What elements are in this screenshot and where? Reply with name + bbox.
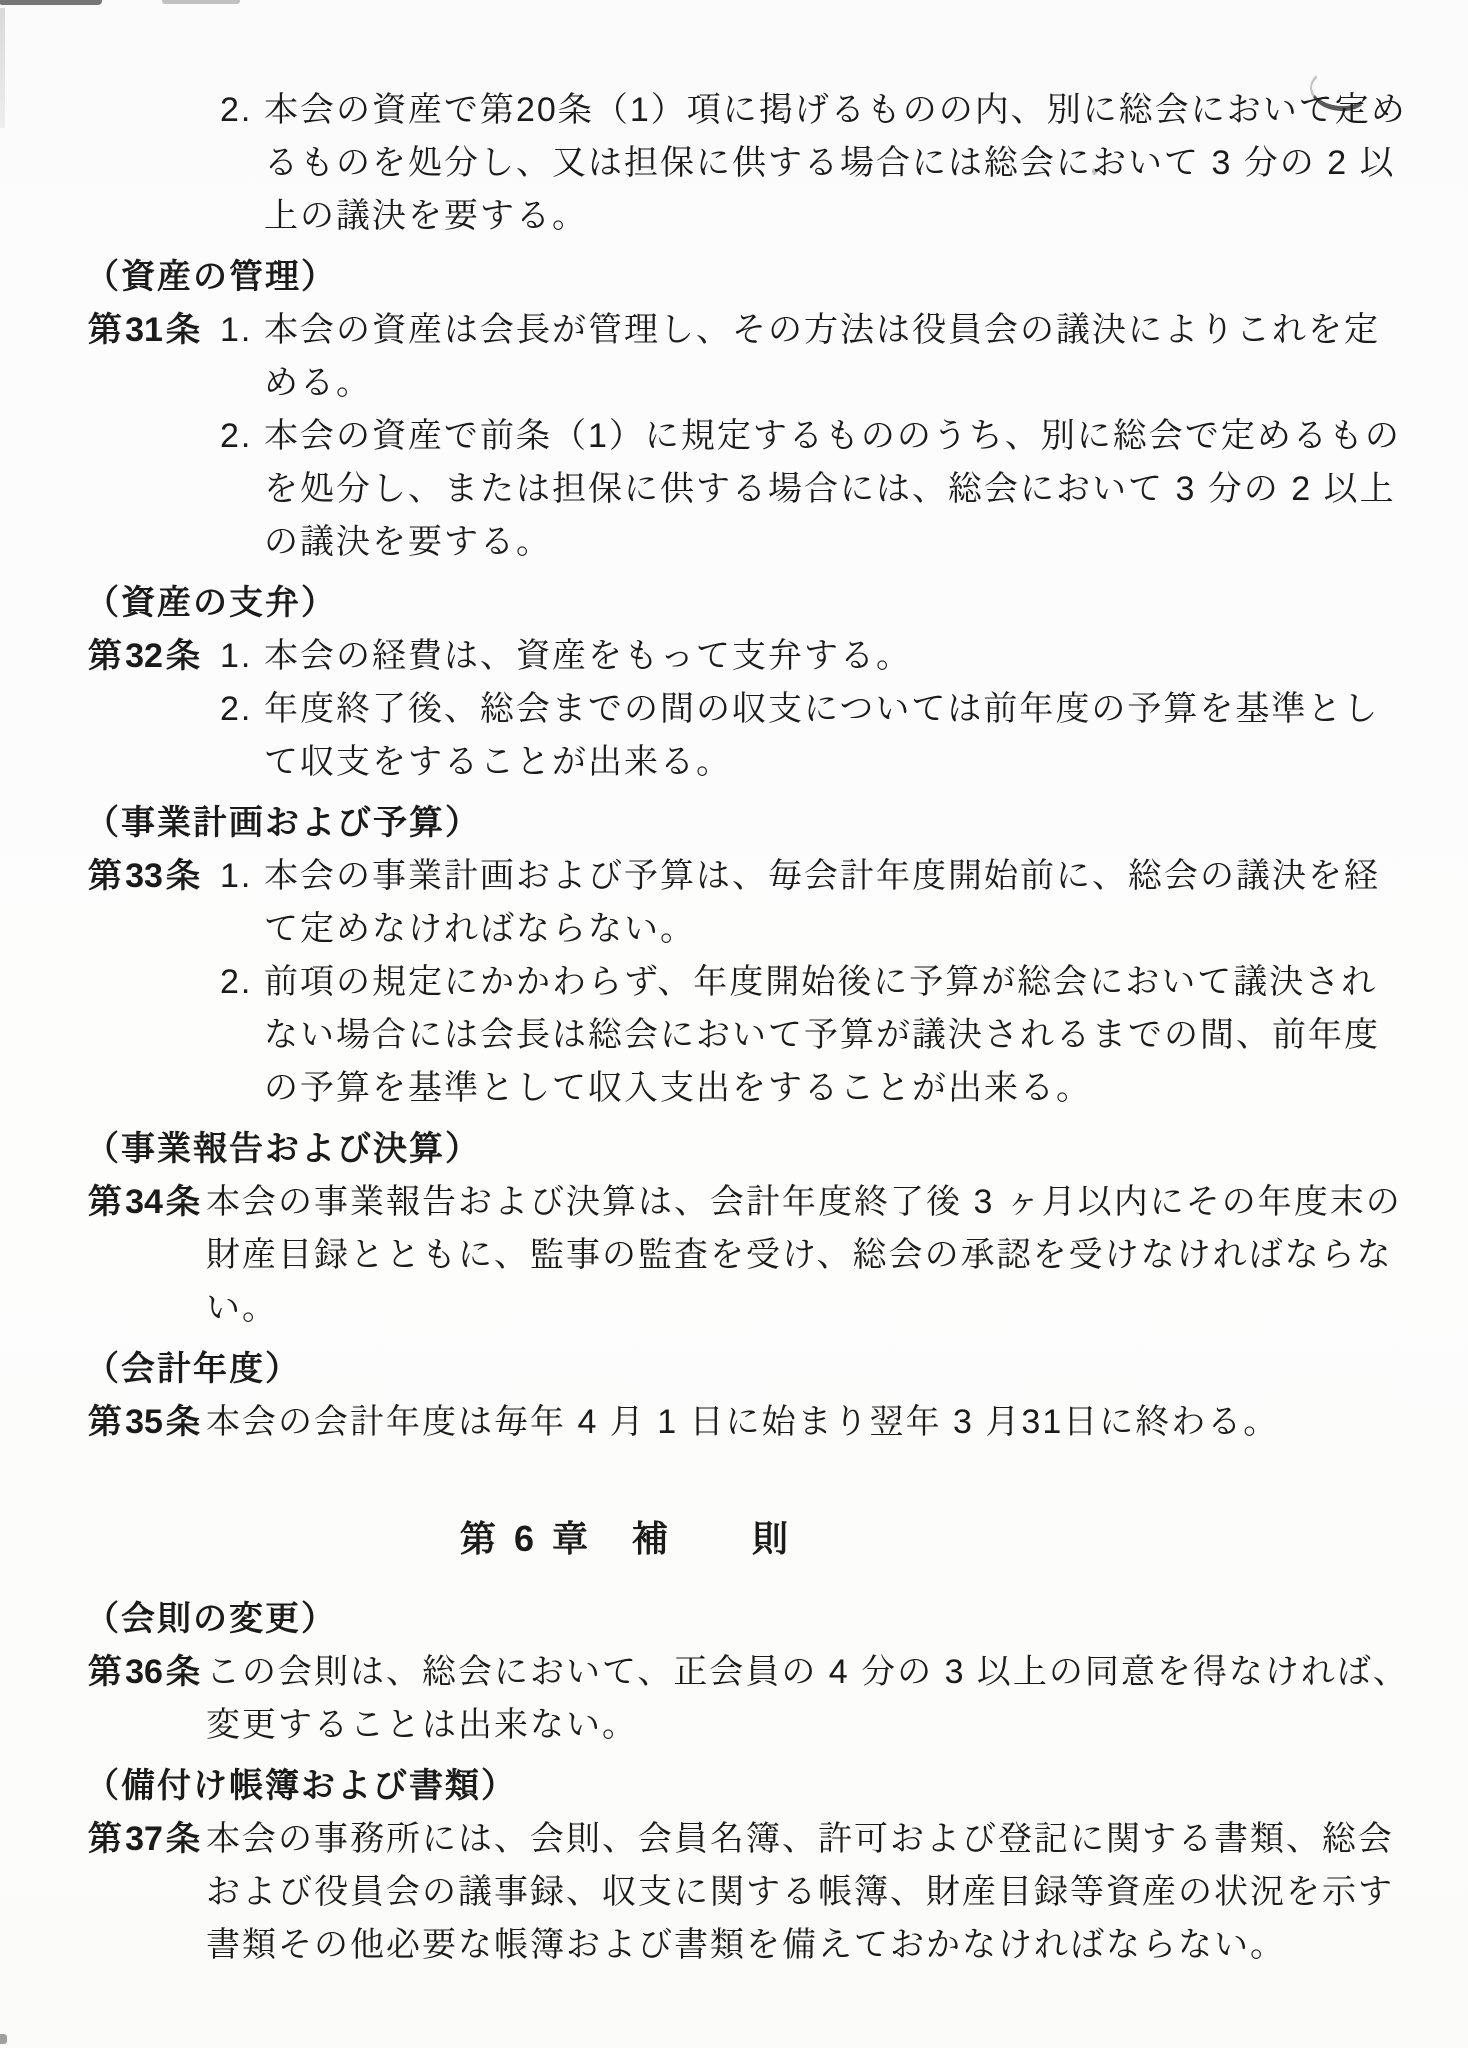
article-number-label: 第 32 条 xyxy=(88,630,200,683)
text-line: 本会の事務所には、会則、会員名簿、許可および登記に関する書類、総会 xyxy=(206,1813,1468,1866)
text-line: 本会の事業報告および決算は、会計年度終了後 3 ヶ月以内にその年度末の xyxy=(206,1176,1468,1229)
clause-item: 2. 年度終了後、総会までの間の収支については前年度の予算を基準とし て収支をす… xyxy=(220,683,1468,789)
section-heading-fiscal-year: （会計年度） xyxy=(85,1343,1468,1396)
text-line: 本会の資産は会長が管理し、その方法は役員会の議決によりこれを定 xyxy=(264,304,1380,357)
section-heading-business-report-settlement: （事業報告および決算） xyxy=(85,1123,1468,1176)
clause-item: 2. 本会の資産で第20条（1）項に掲げるものの内、別に総会において定め るもの… xyxy=(220,84,1468,243)
article-prefix: 第 xyxy=(88,1176,122,1229)
article-number-label: 第 34 条 xyxy=(88,1176,200,1229)
section-heading-required-books: （備付け帳簿および書類） xyxy=(85,1760,1468,1813)
article-35: 第 35 条 本会の会計年度は毎年 4 月 1 日に始まり翌年 3 月31日に終… xyxy=(0,1396,1468,1449)
scanned-document-page: 2. 本会の資産で第20条（1）項に掲げるものの内、別に総会において定め るもの… xyxy=(0,0,1468,2048)
section-heading-business-plan-budget: （事業計画および予算） xyxy=(85,797,1468,850)
article-number: 31 xyxy=(125,304,163,357)
text-line: める。 xyxy=(220,357,1468,410)
article-number-label: 第 31 条 xyxy=(88,304,200,357)
article-suffix: 条 xyxy=(166,630,200,683)
article-suffix: 条 xyxy=(166,1176,200,1229)
text-line: 財産目録とともに、監事の監査を受け、総会の承認を受けなければならな xyxy=(206,1229,1468,1282)
text-line: ない場合には会長は総会において予算が議決されるまでの間、前年度 xyxy=(220,1009,1468,1062)
section-heading-amendment: （会則の変更） xyxy=(85,1593,1468,1646)
article-33: 第 33 条 1. 本会の事業計画および予算は、毎会計年度開始前に、総会の議決を… xyxy=(0,850,1468,1115)
item-number: 1. xyxy=(220,630,264,683)
article-prefix: 第 xyxy=(88,1396,122,1449)
text-line: て収支をすることが出来る。 xyxy=(220,736,1468,789)
clause-item: 1. 本会の事業計画および予算は、毎会計年度開始前に、総会の議決を経 て定めなけ… xyxy=(220,850,1468,956)
article-number: 37 xyxy=(125,1813,163,1866)
article-prefix: 第 xyxy=(88,850,122,903)
text-line: の予算を基準として収入支出をすることが出来る。 xyxy=(220,1062,1468,1115)
document-body: 2. 本会の資産で第20条（1）項に掲げるものの内、別に総会において定め るもの… xyxy=(0,0,1468,1972)
text-line: 本会の経費は、資産をもって支弁する。 xyxy=(264,630,912,683)
item-number: 2. xyxy=(220,683,264,736)
scan-artifact-bottom-left-mark xyxy=(0,2034,7,2044)
article-suffix: 条 xyxy=(166,850,200,903)
clause-item: 2. 前項の規定にかかわらず、年度開始後に予算が総会において議決され ない場合に… xyxy=(220,956,1468,1115)
text-line: い。 xyxy=(206,1282,1468,1335)
text-line: 本会の事業計画および予算は、毎会計年度開始前に、総会の議決を経 xyxy=(264,850,1380,903)
article-continuation-item: 2. 本会の資産で第20条（1）項に掲げるものの内、別に総会において定め るもの… xyxy=(0,84,1468,243)
article-number: 32 xyxy=(125,630,163,683)
article-37: 第 37 条 本会の事務所には、会則、会員名簿、許可および登記に関する書類、総会… xyxy=(0,1813,1468,1972)
article-suffix: 条 xyxy=(166,304,200,357)
text-line: 年度終了後、総会までの間の収支については前年度の予算を基準とし xyxy=(264,683,1379,736)
article-prefix: 第 xyxy=(88,304,122,357)
item-number: 2. xyxy=(220,956,264,1009)
item-number: 1. xyxy=(220,304,264,357)
item-number: 2. xyxy=(220,410,264,463)
clause-item: 1. 本会の資産は会長が管理し、その方法は役員会の議決によりこれを定 める。 xyxy=(220,304,1468,410)
text-line: 本会の会計年度は毎年 4 月 1 日に始まり翌年 3 月31日に終わる。 xyxy=(206,1396,1468,1449)
text-line: および役員会の議事録、収支に関する帳簿、財産目録等資産の状況を示す xyxy=(206,1866,1468,1919)
text-line: 本会の資産で第20条（1）項に掲げるものの内、別に総会において定め xyxy=(264,84,1407,137)
article-number-label: 第 35 条 xyxy=(88,1396,200,1449)
article-36: 第 36 条 この会則は、総会において、正会員の 4 分の 3 以上の同意を得な… xyxy=(0,1646,1468,1752)
article-32: 第 32 条 1. 本会の経費は、資産をもって支弁する。 2. 年度終了後、総会… xyxy=(0,630,1468,789)
text-line: て定めなければならない。 xyxy=(220,903,1468,956)
article-prefix: 第 xyxy=(88,1813,122,1866)
text-line: を処分し、または担保に供する場合には、総会において 3 分の 2 以上 xyxy=(220,463,1468,516)
text-line: 変更することは出来ない。 xyxy=(206,1699,1468,1752)
text-line: 上の議決を要する。 xyxy=(220,190,1468,243)
article-number-label: 第 37 条 xyxy=(88,1813,200,1866)
section-heading-expenses: （資産の支弁） xyxy=(85,577,1468,630)
clause-item: 2. 本会の資産で前条（1）に規定するもののうち、別に総会で定めるもの を処分し… xyxy=(220,410,1468,569)
section-heading-asset-management: （資産の管理） xyxy=(85,251,1468,304)
article-suffix: 条 xyxy=(166,1396,200,1449)
article-number: 34 xyxy=(125,1176,163,1229)
article-34: 第 34 条 本会の事業報告および決算は、会計年度終了後 3 ヶ月以内にその年度… xyxy=(0,1176,1468,1335)
article-suffix: 条 xyxy=(166,1646,200,1699)
text-line: この会則は、総会において、正会員の 4 分の 3 以上の同意を得なければ、 xyxy=(206,1646,1468,1699)
text-line: 前項の規定にかかわらず、年度開始後に予算が総会において議決され xyxy=(264,956,1377,1009)
text-line: るものを処分し、又は担保に供する場合には総会において 3 分の 2 以 xyxy=(220,137,1468,190)
article-number: 35 xyxy=(125,1396,163,1449)
article-number: 36 xyxy=(125,1646,163,1699)
article-suffix: 条 xyxy=(166,1813,200,1866)
article-number: 33 xyxy=(125,850,163,903)
text-line: 書類その他必要な帳簿および書類を備えておかなければならない。 xyxy=(206,1919,1468,1972)
article-31: 第 31 条 1. 本会の資産は会長が管理し、その方法は役員会の議決によりこれを… xyxy=(0,304,1468,569)
text-line: 本会の資産で前条（1）に規定するもののうち、別に総会で定めるもの xyxy=(264,410,1401,463)
article-prefix: 第 xyxy=(88,1646,122,1699)
article-number-label: 第 36 条 xyxy=(88,1646,200,1699)
text-line: の議決を要する。 xyxy=(220,516,1468,569)
item-number: 1. xyxy=(220,850,264,903)
clause-item: 1. 本会の経費は、資産をもって支弁する。 xyxy=(220,630,1468,683)
item-number: 2. xyxy=(220,84,264,137)
article-prefix: 第 xyxy=(88,630,122,683)
article-number-label: 第 33 条 xyxy=(88,850,200,903)
chapter-heading: 第 6 章 補 則 xyxy=(0,1511,1468,1567)
